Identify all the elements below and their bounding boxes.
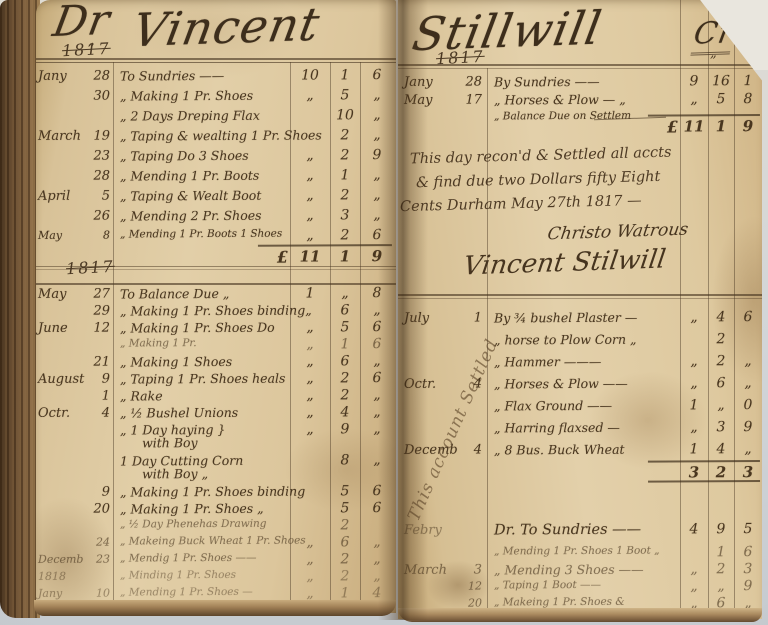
desc-cell: „ Making 1 Shoes	[120, 354, 288, 370]
desc-cell: with Boy „	[142, 466, 288, 482]
desc-cell: „ Mending 1 Pr. Shoes 1 Boot „	[494, 544, 678, 557]
amt-pence: 9	[736, 578, 760, 594]
amt-shillings: 4	[710, 441, 732, 457]
amt-pounds: „	[682, 91, 706, 107]
day-cell: 12	[454, 580, 482, 593]
amt-pounds: „	[682, 561, 706, 577]
amt-pence: „	[362, 127, 392, 143]
left-page: Dr „ 1817 Vincent 1817 Jany28To Sundries…	[36, 0, 396, 613]
signature-watrous: Christo Watrous	[546, 220, 689, 245]
amt-shillings: 2	[332, 127, 358, 143]
ledger-row: 23„ Taping Do 3 Shoes„29	[36, 147, 396, 167]
amt-pence: 1	[736, 73, 760, 89]
desc-cell: „ Mending 1 Pr. Boots	[120, 168, 288, 184]
desc-cell: „ Making 1 Pr. Shoes binding„	[120, 303, 288, 319]
amt-pence: 6	[362, 370, 392, 386]
amt-shillings: „	[710, 397, 732, 413]
amt-pounds: „	[292, 87, 328, 103]
desc-cell: Dr. To Sundries ——	[494, 521, 678, 538]
amt-shillings: 2	[332, 551, 358, 567]
amt-shillings: 2	[710, 561, 732, 577]
amt-shillings: 2	[332, 370, 358, 386]
amt-pounds: 10	[292, 67, 328, 83]
amt-shillings: 2	[332, 517, 358, 533]
desc-cell: „ Taping 1 Pr. Shoes heals	[120, 371, 288, 387]
amt-pounds: „	[292, 319, 328, 335]
amt-pounds: 9	[682, 73, 706, 89]
day-cell: 10	[80, 587, 110, 600]
settlement-note-line2: & find due two Dollars fifty Eight	[416, 169, 661, 191]
desc-cell: „ ½ Day Phenehas Drawing	[120, 518, 288, 531]
day-cell: 4	[454, 443, 482, 458]
date-cell: July	[404, 311, 452, 326]
date-cell: March	[404, 563, 452, 578]
amt-shillings: 5	[332, 87, 358, 103]
amt-pounds: „	[292, 207, 328, 223]
amt-pence: 6	[362, 227, 392, 243]
book-page-edges-bottom-right	[398, 608, 762, 622]
amt-pence: „	[736, 441, 760, 457]
day-cell: 12	[80, 321, 110, 336]
amt-shillings: 16	[710, 73, 732, 89]
amt-pence: „	[362, 353, 392, 369]
amt-shillings: 8	[332, 452, 358, 468]
amt-shillings: 1	[332, 585, 358, 601]
amt-shillings: 1	[710, 117, 732, 135]
desc-cell: „ Mendig 1 Pr. Shoes ——	[120, 552, 288, 565]
amt-pence: 0	[736, 397, 760, 413]
amt-shillings: 2	[710, 463, 732, 481]
amt-shillings: 10	[332, 107, 358, 123]
book-page-edges-left	[0, 0, 40, 618]
day-cell: 23	[80, 553, 110, 566]
amt-pence: „	[362, 207, 392, 223]
desc-cell: By ¾ bushel Plaster —	[494, 309, 678, 325]
amt-shillings: 2	[332, 568, 358, 584]
desc-cell: „ Taping 1 Boot ——	[494, 578, 678, 591]
ledger-row: £1119	[36, 247, 396, 267]
date-cell: Decemb	[404, 443, 452, 458]
ledger-row: FebryDr. To Sundries ——495	[398, 521, 762, 541]
ledger-row: 26„ Mending 2 Pr. Shoes„3„	[36, 207, 396, 227]
amt-shillings: 2	[332, 147, 358, 163]
day-cell: 4	[454, 377, 482, 392]
desc-cell: By Sundries ——	[494, 73, 678, 89]
amt-pence: 8	[362, 285, 392, 301]
amt-shillings: 4	[710, 309, 732, 325]
desc-cell: „ Taping Do 3 Shoes	[120, 148, 288, 164]
amt-pounds: „	[292, 387, 328, 403]
amt-pence: „	[736, 353, 760, 369]
amt-pence: 6	[362, 336, 392, 352]
amt-shillings: 1	[332, 336, 358, 352]
day-cell: 1	[454, 311, 482, 326]
desc-cell: „ Rake	[120, 388, 288, 404]
desc-cell: To Sundries ——	[120, 68, 288, 84]
date-cell: Octr.	[404, 377, 452, 392]
desc-cell: „ Making 1 Pr. Shoes binding	[120, 484, 288, 500]
amt-pence: „	[736, 375, 760, 391]
amt-shillings: „	[710, 578, 732, 594]
ledger-row: „ Hammer ———„2„	[398, 353, 762, 373]
desc-cell: „ Mending 1 Pr. Boots 1 Shoes	[120, 228, 288, 241]
desc-cell: „ Makeing Buck Wheat 1 Pr. Shoes	[120, 535, 288, 548]
ledger-row: 1 Day Cutting Cornwith Boy „8„	[36, 452, 396, 472]
amt-pence: 3	[736, 561, 760, 577]
day-cell: 29	[80, 304, 110, 319]
desc-cell: „ Making 1 Pr. Shoes	[120, 88, 288, 104]
amt-pence: 3	[736, 463, 760, 481]
amt-pounds: 11	[682, 117, 706, 135]
amt-pounds: „	[292, 534, 328, 550]
desc-cell: „ Harring flaxsed —	[494, 419, 678, 435]
amt-pence: „	[362, 534, 392, 550]
amt-pence: 9	[362, 147, 392, 163]
desc-cell: with Boy	[142, 435, 288, 451]
amt-shillings: 3	[332, 207, 358, 223]
day-cell: 4	[80, 406, 110, 421]
ledger-row: „ Harring flaxsed —„39	[398, 419, 762, 439]
desc-cell: „ Mending 3 Shoes ——	[494, 561, 678, 577]
day-cell: 17	[454, 93, 482, 108]
amt-shillings: 2	[332, 387, 358, 403]
desc-cell: „ ½ Bushel Unions	[120, 405, 288, 421]
ledger-row: July1By ¾ bushel Plaster —„46	[398, 309, 762, 329]
day-cell: 1	[80, 389, 110, 404]
amt-shillings: 2	[332, 227, 358, 243]
ledger-row: „ 1 Day haying }with Boy„9„	[36, 421, 396, 441]
desc-cell: „ Making 1 Pr.	[120, 337, 288, 350]
desc-cell: „ Making 1 Pr. Shoes „	[120, 501, 288, 517]
amt-shillings: 3	[710, 419, 732, 435]
date-cell: May	[38, 229, 82, 242]
day-cell: 27	[80, 287, 110, 302]
amt-shillings: 6	[332, 302, 358, 318]
amt-shillings: 2	[710, 331, 732, 347]
date-cell: Febry	[404, 523, 452, 538]
amt-shillings: 2	[710, 353, 732, 369]
amt-pounds: „	[292, 167, 328, 183]
amt-pounds: „	[292, 187, 328, 203]
amt-pounds: 1	[682, 441, 706, 457]
ledger-row: March19„ Taping & wealting 1 Pr. Shoes2„	[36, 127, 396, 147]
amt-pounds: 11	[292, 247, 328, 265]
amt-shillings: 9	[332, 421, 358, 437]
amt-pounds: „	[292, 551, 328, 567]
amt-pence: „	[362, 187, 392, 203]
amt-pounds: „	[682, 578, 706, 594]
day-cell: 9	[80, 485, 110, 500]
amt-pounds: „	[682, 375, 706, 391]
amt-pence: „	[362, 302, 392, 318]
desc-cell: £	[494, 117, 678, 137]
book-page-edges-bottom-left	[34, 600, 396, 616]
amt-pounds: „	[292, 404, 328, 420]
amt-pence: 6	[362, 319, 392, 335]
amt-pounds: „	[292, 421, 328, 437]
ledger-row: „ Flax Ground ——1„0	[398, 397, 762, 417]
settlement-note-line1: This day recon'd & Settled all accts	[410, 145, 672, 168]
amt-pounds: „	[292, 227, 328, 243]
ledger-row: Jany28To Sundries ——1016	[36, 67, 396, 87]
ledger-photo: Dr „ 1817 Vincent 1817 Jany28To Sundries…	[0, 0, 768, 625]
day-cell: 5	[80, 189, 110, 204]
ledger-row: £1119	[398, 117, 762, 137]
amt-shillings: 5	[332, 483, 358, 499]
ledger-row: April5„ Taping & Wealt Boot„2„	[36, 187, 396, 207]
amt-shillings: 9	[710, 521, 732, 537]
amt-pence: „	[362, 167, 392, 183]
amt-shillings: 6	[710, 375, 732, 391]
ledger-row: Jany28By Sundries ——9161	[398, 73, 762, 93]
day-cell: 28	[454, 75, 482, 90]
date-cell: 1818	[38, 570, 82, 583]
desc-cell: „ Horses & Plow — „	[494, 91, 678, 107]
amt-pounds: 3	[682, 463, 706, 481]
desc-cell: „ Mending 2 Pr. Shoes	[120, 208, 288, 224]
amt-shillings: „	[332, 285, 358, 301]
header-rule	[36, 62, 396, 63]
amt-pounds: „	[292, 147, 328, 163]
amt-pence: „	[362, 551, 392, 567]
amt-pence: „	[362, 87, 392, 103]
amt-pence: 6	[362, 483, 392, 499]
date-cell: March	[38, 129, 82, 144]
desc-cell: „ Horses & Plow ——	[494, 375, 678, 391]
date-cell: August	[38, 372, 82, 387]
desc-cell: „ 8 Bus. Buck Wheat	[494, 441, 678, 457]
amt-shillings: 1	[332, 167, 358, 183]
amt-pence: „	[362, 452, 392, 468]
day-cell: 30	[80, 89, 110, 104]
amt-pence: „	[362, 404, 392, 420]
ledger-row: 323	[398, 463, 762, 483]
date-cell: Jany	[404, 75, 452, 90]
amt-pounds: 1	[292, 285, 328, 301]
desc-cell: „ Mending 1 Pr. Shoes —	[120, 586, 288, 599]
day-cell: 28	[80, 169, 110, 184]
desc-cell: „ horse to Plow Corn „	[494, 331, 678, 347]
sum-rule	[648, 480, 760, 483]
desc-cell: £	[120, 248, 288, 268]
amt-shillings: 5	[332, 500, 358, 516]
amt-pence: „	[362, 387, 392, 403]
amt-pounds: „	[292, 336, 328, 352]
desc-cell: To Balance Due „	[120, 286, 288, 302]
amt-pounds: „	[292, 370, 328, 386]
amt-pence: „	[362, 421, 392, 437]
desc-cell: „ Taping & wealting 1 Pr. Shoes	[120, 128, 288, 144]
ledger-row: May17„ Horses & Plow — „„58	[398, 91, 762, 111]
settlement-note-line3: Cents Durham May 27th 1817 —	[400, 193, 642, 215]
ledger-row: Octr.4„ Horses & Plow ——„6„	[398, 375, 762, 395]
amt-shillings: 6	[332, 353, 358, 369]
amt-shillings: 6	[332, 534, 358, 550]
amt-shillings: 1	[332, 247, 358, 265]
amt-pence: 4	[362, 585, 392, 601]
day-cell: 26	[80, 209, 110, 224]
credit-abbreviation-mark: „	[710, 46, 717, 61]
amt-pence: 9	[362, 247, 392, 265]
amt-pounds: 4	[682, 521, 706, 537]
desc-cell: „ 2 Days Dreping Flax	[120, 108, 288, 124]
amt-pence: 6	[736, 544, 760, 560]
day-cell: 8	[80, 229, 110, 242]
day-cell: 19	[80, 129, 110, 144]
date-cell: May	[404, 93, 452, 108]
date-cell: Octr.	[38, 406, 82, 421]
desc-cell: „ Makeing 1 Pr. Shoes &	[494, 595, 678, 608]
amt-pounds: „	[682, 353, 706, 369]
amt-pence: 5	[736, 521, 760, 537]
amt-pence: 9	[736, 117, 760, 135]
amt-shillings: 5	[710, 91, 732, 107]
ledger-row: 30„ Making 1 Pr. Shoes„5„	[36, 87, 396, 107]
amt-pence: 9	[736, 419, 760, 435]
date-cell: Jany	[38, 69, 82, 84]
day-cell: 9	[80, 372, 110, 387]
desc-cell: „ Taping & Wealt Boot	[120, 188, 288, 204]
ledger-row: „ horse to Plow Corn „2	[398, 331, 762, 351]
day-cell: 21	[80, 355, 110, 370]
ledger-row: 28„ Mending 1 Pr. Boots„1„	[36, 167, 396, 187]
amt-shillings: 2	[332, 187, 358, 203]
amt-shillings: 1	[332, 67, 358, 83]
day-cell: 28	[80, 69, 110, 84]
date-cell: Decemb	[38, 553, 82, 566]
amt-pounds: 1	[682, 397, 706, 413]
amt-pence: 6	[736, 309, 760, 325]
amt-pounds: „	[292, 568, 328, 584]
amt-pounds: „	[682, 419, 706, 435]
desc-cell: „ Making 1 Pr. Shoes Do	[120, 320, 288, 336]
date-cell: April	[38, 189, 82, 204]
amt-pounds: „	[292, 353, 328, 369]
amt-pence: „	[362, 568, 392, 584]
ledger-row: „ 2 Days Dreping Flax10„	[36, 107, 396, 127]
amt-pence: 6	[362, 500, 392, 516]
account-first-name: Vincent	[129, 0, 325, 57]
amt-pence: „	[362, 107, 392, 123]
desc-cell: „ Flax Ground ——	[494, 397, 678, 413]
amt-pounds: „	[682, 309, 706, 325]
right-page: Stillwill Cr „ 1817 This day recon'd & S…	[398, 0, 762, 619]
date-cell: June	[38, 321, 82, 336]
day-cell: 3	[454, 563, 482, 578]
date-cell: Jany	[38, 587, 82, 600]
amt-shillings: 4	[332, 404, 358, 420]
desc-cell: „ Minding 1 Pr. Shoes	[120, 569, 288, 582]
amt-pence: 6	[362, 67, 392, 83]
amt-shillings: 5	[332, 319, 358, 335]
day-cell: 23	[80, 149, 110, 164]
amt-shillings: 1	[710, 544, 732, 560]
amt-pence: 8	[736, 91, 760, 107]
day-cell: 24	[80, 536, 110, 549]
day-cell: 20	[80, 502, 110, 517]
ledger-row: Decemb4„ 8 Bus. Buck Wheat14„	[398, 441, 762, 461]
date-cell: May	[38, 287, 82, 302]
desc-cell: „ Hammer ———	[494, 353, 678, 369]
signature-stilwill: Vincent Stilwill	[461, 245, 667, 282]
header-rule	[36, 58, 396, 60]
